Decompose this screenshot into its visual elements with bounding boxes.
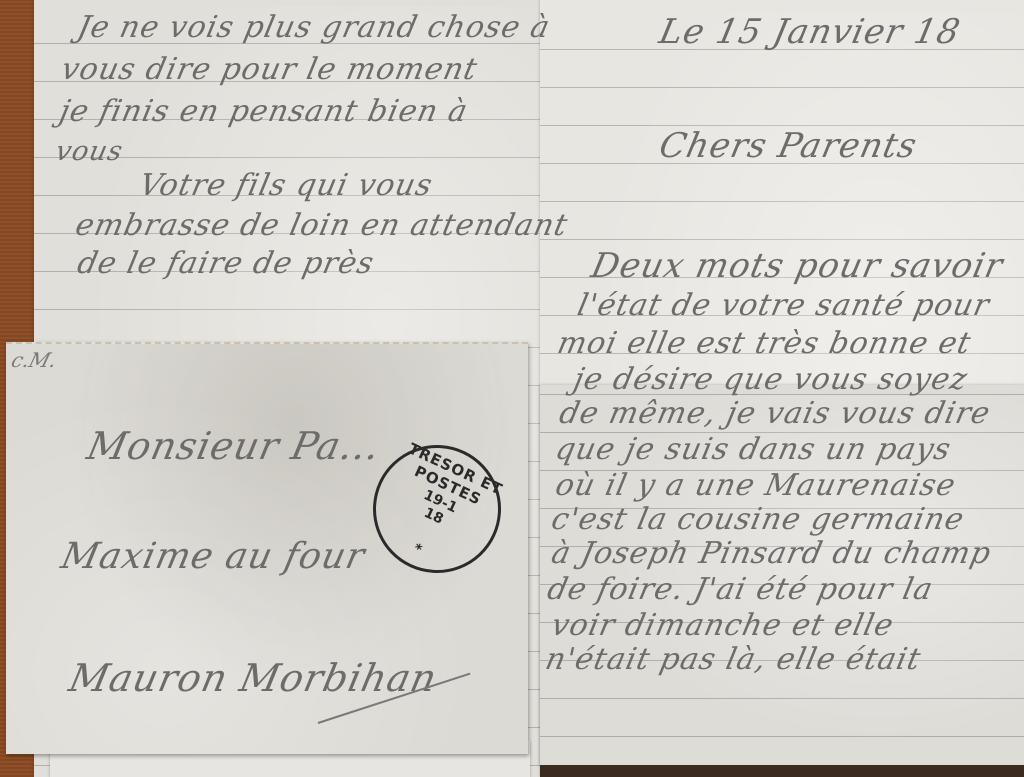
left-page-line: vous [53, 136, 126, 167]
right-page-line: c'est la cousine germaine [548, 502, 967, 537]
left-page-line: je finis en pensant bien à [56, 94, 471, 129]
envelope-address-line: Mauron Morbihan [65, 656, 441, 700]
envelope-address-line: Maxime au four [58, 536, 369, 577]
right-page-line: moi elle est très bonne et [554, 326, 974, 361]
right-page-line: de foire. J'ai été pour la [544, 572, 936, 607]
left-page-line: Je ne vois plus grand chose à [74, 10, 553, 45]
right-page-line: Deux mots pour savoir [588, 246, 1007, 286]
left-page-line: de le faire de près [74, 246, 377, 281]
table-edge [540, 765, 1024, 777]
right-page-line: de même, je vais vous dire [556, 396, 994, 431]
left-page-line: vous dire pour le moment [58, 52, 481, 87]
letter-salutation: Chers Parents [656, 126, 921, 166]
right-page-line: à Joseph Pinsard du champ [548, 536, 994, 571]
right-page-line: l'état de votre santé pour [574, 288, 993, 323]
envelope-address-line: Monsieur Pa... [83, 424, 384, 468]
right-page-line: voir dimanche et elle [548, 608, 897, 643]
right-page-line: je désire que vous soyez [570, 362, 971, 397]
right-page-line: n'était pas là, elle était [542, 642, 924, 677]
envelope-corner-mark: c.M. [9, 348, 60, 372]
left-page-line: embrasse de loin en attendant [72, 208, 571, 243]
letter-date: Le 15 Janvier 18 [656, 12, 964, 52]
right-page-line: où il y a une Maurenaise [552, 468, 959, 503]
right-page-line: que je suis dans un pays [552, 432, 954, 467]
left-page-line: Votre fils qui vous [136, 168, 436, 203]
